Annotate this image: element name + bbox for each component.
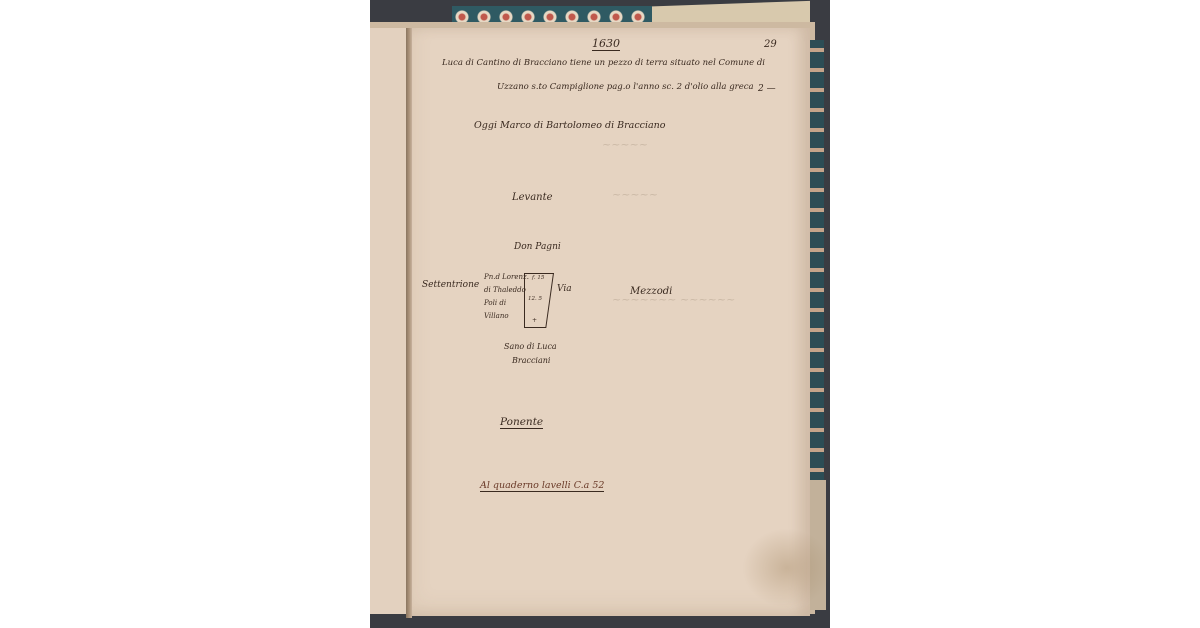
plot-boundary-top [524,273,554,274]
entry-line-2: Uzzano s.to Campiglione pag.o l'anno sc.… [497,82,754,92]
current-owner-line: Oggi Marco di Bartolomeo di Bracciano [474,120,666,131]
bleed-through-text: ~~~~~ [612,188,658,201]
compass-east: Levante [512,192,553,203]
folio-number: 29 [764,39,777,50]
left-page-edge [370,28,406,614]
plot-bottom-label-2: Bracciani [512,356,550,365]
compass-north: Settentrione [422,280,479,290]
manuscript-page: ~~~~~ ~~~~~ ~~~~~~~ ~~~~~~ 1630 29 Luca … [412,28,810,616]
plot-boundary-bottom [524,327,546,328]
entry-amount: 2 — [758,84,776,94]
plot-mark-bottom: + [532,317,537,324]
plot-mark-mid: 12. 5 [528,296,542,302]
plot-right-label: Via [557,284,572,294]
plot-left-label-2: di Thaleddo [484,286,526,294]
plot-boundary-right [545,273,554,328]
water-stain [742,528,830,608]
plot-boundary-left [524,273,525,328]
compass-south: Mezzodi [630,286,672,297]
bleed-through-text: ~~~~~ [602,138,648,151]
plot-bottom-label-1: Sano di Luca [504,342,557,351]
manuscript-scan: ~~~~~ ~~~~~ ~~~~~~~ ~~~~~~ 1630 29 Luca … [370,0,830,628]
plot-left-label-1: Pn.d Lorenz. [484,273,529,281]
entry-line-1: Luca di Cantino di Bracciano tiene un pe… [442,58,765,68]
year-heading: 1630 [592,37,620,51]
plot-left-label-4: Villano [484,312,509,320]
register-reference: Al quaderno lavelli C.a 52 [480,480,604,492]
plot-left-label-3: Poli di [484,299,506,307]
plot-mark-top: f. 15 [532,275,544,281]
plot-top-label: Don Pagni [514,242,561,252]
compass-west: Ponente [500,416,543,429]
